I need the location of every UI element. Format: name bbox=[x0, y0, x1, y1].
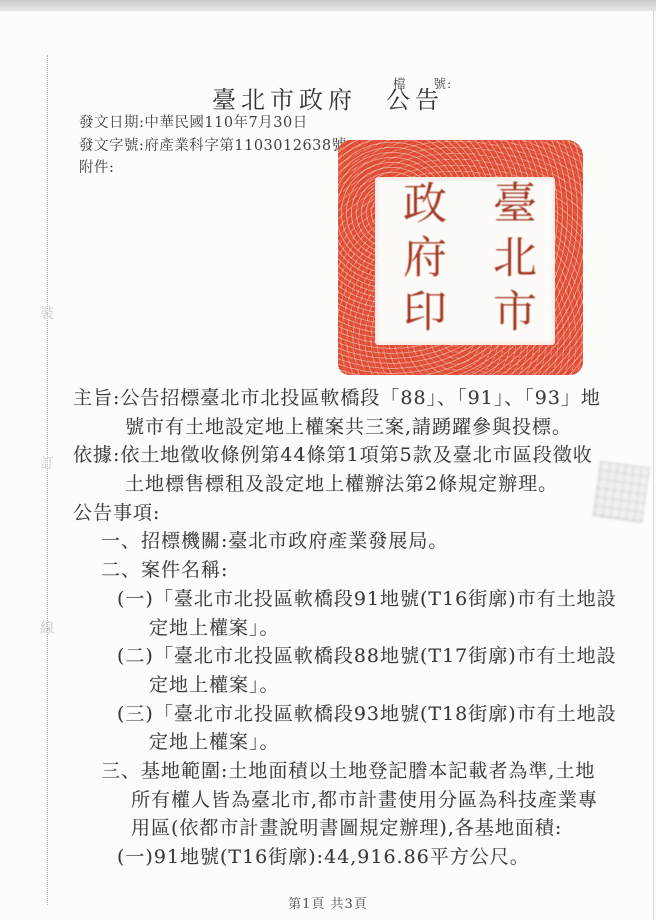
body-line: (一)「臺北市北投區軟橋段91地號(T16街廓)市有土地設 bbox=[0, 585, 656, 614]
body-line: 依據:依土地徵收條例第44條第1項第5款及臺北市區段徵收 bbox=[0, 441, 656, 470]
body-line: (一)91地號(T16街廓):44,916.86平方公尺。 bbox=[0, 843, 656, 872]
seal-inner-face: 臺北市 政府印 bbox=[375, 177, 555, 345]
body-line: 三、基地範圍:土地面積以土地登記謄本記載者為準,土地 bbox=[0, 757, 656, 786]
body-line: (三)「臺北市北投區軟橋段93地號(T18街廓)市有土地設 bbox=[0, 700, 656, 729]
body-line: 公告事項: bbox=[0, 499, 656, 528]
document-title: 臺北市政府 公告 bbox=[0, 80, 656, 115]
body-line: 土地標售標租及設定地上權辦法第2條規定辦理。 bbox=[0, 470, 656, 499]
taipei-city-government-seal: 臺北市 政府印 bbox=[338, 140, 583, 375]
body-line: 所有權人皆為臺北市,都市計畫使用分區為科技產業專 bbox=[0, 786, 656, 815]
binding-char-zhuang: 裝 bbox=[39, 303, 55, 323]
doc-number-line: 發文字號:府產業科字第1103012638號 bbox=[79, 135, 347, 158]
attachment-line: 附件: bbox=[79, 157, 347, 180]
body-line: 主旨:公告招標臺北市北投區軟橋段「88」、「91」、「93」地 bbox=[0, 384, 656, 413]
announcement-document-page: 裝 訂 線 檔 號: 保存年限: 臺北市政府 公告 發文日期:中華民國110年7… bbox=[0, 0, 656, 920]
body-line: 定地上權案」。 bbox=[0, 614, 656, 643]
seal-column-left: 政府印 bbox=[398, 180, 442, 342]
body-line: 定地上權案」。 bbox=[0, 671, 656, 700]
document-meta: 發文日期:中華民國110年7月30日 發文字號:府產業科字第1103012638… bbox=[79, 112, 347, 180]
body-line: 定地上權案」。 bbox=[0, 728, 656, 757]
body-line: 用區(依都市計畫說明書圖規定辦理),各基地面積: bbox=[0, 814, 656, 843]
body-line: 二、案件名稱: bbox=[0, 556, 656, 585]
body-line: 一、招標機關:臺北市政府產業發展局。 bbox=[0, 527, 656, 556]
issue-date-line: 發文日期:中華民國110年7月30日 bbox=[79, 112, 347, 135]
scan-top-edge bbox=[0, 0, 656, 11]
announcement-body: 主旨:公告招標臺北市北投區軟橋段「88」、「91」、「93」地號市有土地設定地上… bbox=[0, 384, 656, 872]
body-line: 號市有土地設定地上權案共三案,請踴躍參與投標。 bbox=[0, 413, 656, 442]
seal-column-right: 臺北市 bbox=[488, 180, 532, 342]
body-line: (二)「臺北市北投區軟橋段88地號(T17街廓)市有土地設 bbox=[0, 642, 656, 671]
page-footer: 第1頁 共3頁 bbox=[0, 893, 656, 912]
